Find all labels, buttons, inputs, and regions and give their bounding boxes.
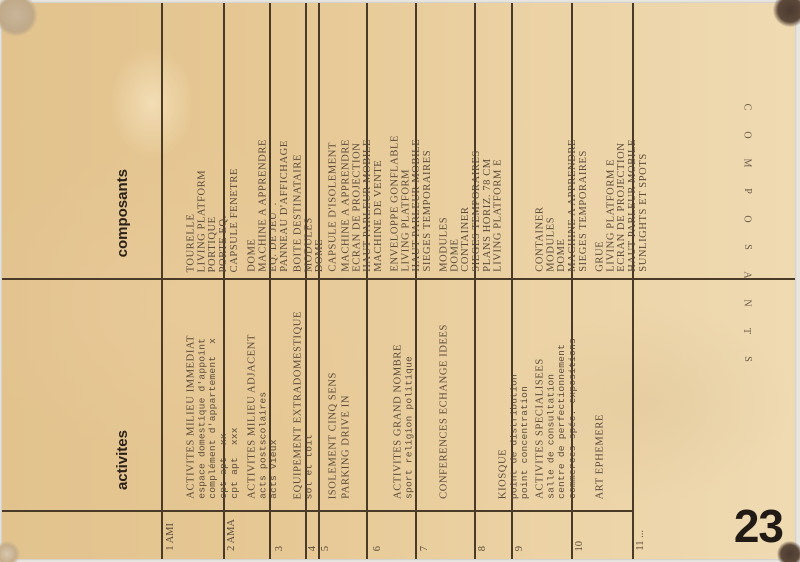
rule-composants-activites — [2, 278, 795, 280]
column-rule — [161, 3, 163, 559]
row-11-number: 11 ... — [635, 530, 646, 551]
side-title-composants: C O M P O S A N T S — [742, 93, 751, 373]
row-5-activites: PARKING DRIVE IN — [320, 395, 374, 499]
corner-stain-top-left — [0, 0, 38, 37]
row-4-number: 4 — [307, 546, 318, 551]
corner-stain-bottom-left — [0, 541, 20, 562]
heading-activites: activites — [114, 430, 131, 490]
row-7-activites: CONFERENCES ECHANGE IDEES — [418, 324, 472, 499]
column-rule — [632, 3, 634, 559]
heading-composants: composants — [114, 169, 131, 257]
column-rule — [474, 3, 476, 559]
row-10-number: 10 — [574, 541, 585, 552]
row-5-number: 5 — [320, 546, 331, 551]
row-3-number: 3 — [274, 546, 285, 551]
document-sheet: composants activites C O M P O S A N T S… — [2, 3, 795, 559]
corner-stain-top-right — [773, 0, 800, 27]
page-number: 23 — [734, 499, 783, 553]
rule-activites-numbers — [2, 510, 632, 512]
row-1-number: 1 AMI — [165, 523, 176, 551]
row-8-number: 8 — [477, 546, 488, 551]
row-10-composants: GRUELIVING PLATFORM EECRAN DE PROJECTION… — [574, 139, 671, 272]
row-7-composants: MODULESDOMECONTAINERSIEGES TEMPORAIRESPL… — [418, 150, 526, 272]
row-9-number: 9 — [514, 546, 525, 551]
row-2-number: 2 AMA — [226, 519, 237, 551]
row-6-number: 6 — [372, 546, 383, 551]
row-10-activites: ART EPHEMERE — [574, 414, 628, 499]
row-7-number: 7 — [419, 546, 430, 551]
